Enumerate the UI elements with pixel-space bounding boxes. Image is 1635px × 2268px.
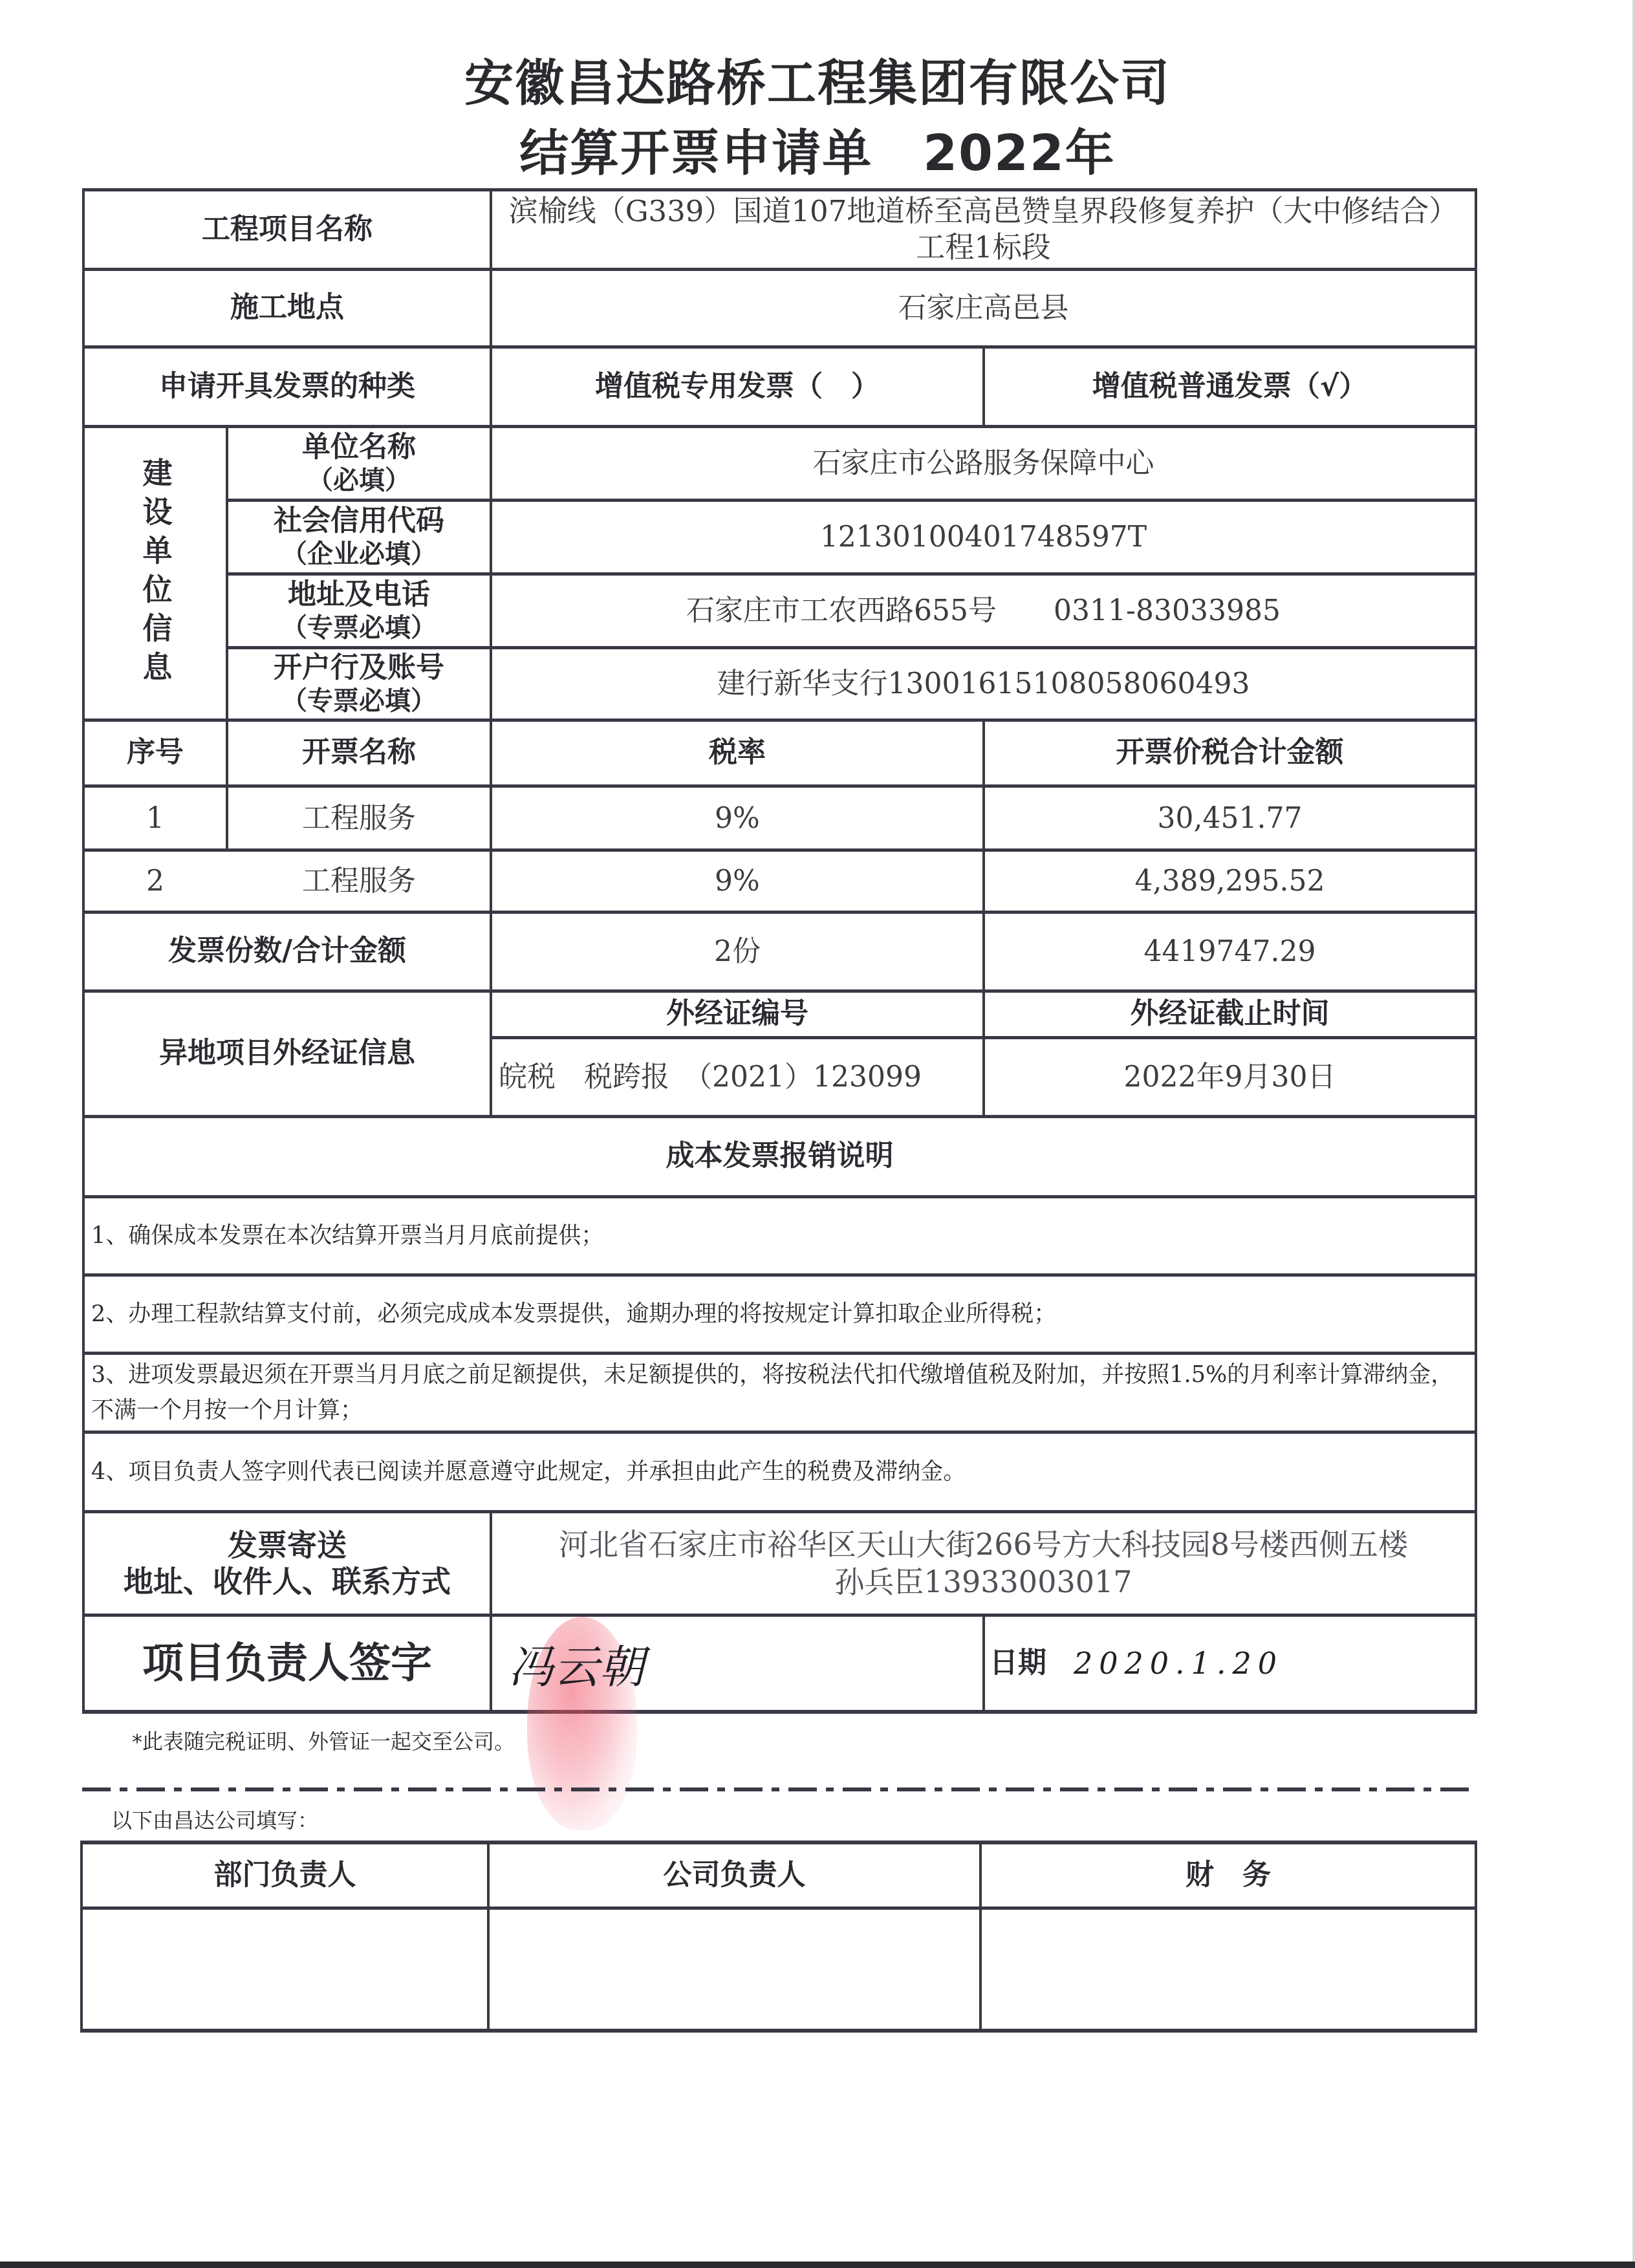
scan-edge [0, 2262, 1635, 2268]
special-vat-invoice-option[interactable]: 增值税专用发票（ ） [492, 349, 982, 425]
item-row-1-rate: 9% [492, 788, 982, 848]
date-field[interactable]: 2020.1.20 [1074, 1617, 1397, 1710]
project-name-label: 工程项目名称 [85, 191, 490, 268]
col-header-company-head: 公司负责人 [490, 1844, 979, 1906]
signature-field[interactable]: 冯云朝 [492, 1617, 660, 1710]
col-line [1475, 1841, 1477, 2033]
permit-number-header: 外经证编号 [492, 993, 982, 1036]
footnote: *此表随完税证明、外管证一起交至公司。 [132, 1725, 515, 1755]
project-name-value: 滨榆线（G339）国道107地道桥至高邑赞皇界段修复养护（大中修结合）工程1标段 [492, 191, 1475, 268]
item-row-2-rate: 9% [492, 852, 982, 911]
delivery-label: 发票寄送 地址、收件人、联系方式 [85, 1513, 490, 1614]
field-label: 单位名称 [302, 431, 416, 465]
col-line [982, 1614, 985, 1711]
col-header-invoice-name: 开票名称 [228, 722, 490, 784]
field-requirement: （必填） [307, 465, 411, 496]
notes-title: 成本发票报销说明 [85, 1118, 1475, 1195]
site-label: 施工地点 [85, 271, 490, 345]
permit-number-value: 皖税 税跨报 （2021）123099 [492, 1039, 982, 1115]
note-item-1: 1、确保成本发票在本次结算开票当月月底前提供； [85, 1198, 1475, 1273]
bank-account-label: 开户行及账号 （专票必填） [228, 649, 490, 718]
dept-head-signature-field[interactable] [83, 1910, 487, 2029]
col-header-seq: 序号 [85, 722, 226, 784]
field-label: 地址及电话 [288, 578, 430, 612]
row-line [80, 2029, 1477, 2033]
ordinary-vat-invoice-option[interactable]: 增值税普通发票（√） [985, 349, 1475, 425]
field-label: 社会信用代码 [274, 504, 444, 539]
credit-code-value: 12130100401748597T [492, 502, 1475, 572]
delivery-address: 河北省石家庄市裕华区天山大街266号方大科技园8号楼西侧五楼 [559, 1526, 1408, 1564]
totals-label: 发票份数/合计金额 [85, 914, 490, 989]
address-phone-label: 地址及电话 （专票必填） [228, 576, 490, 646]
item-row-2-name: 工程服务 [228, 852, 490, 911]
col-header-tax-rate: 税率 [492, 722, 982, 784]
col-header-amount: 开票价税合计金额 [985, 722, 1475, 784]
permit-deadline-header: 外经证截止时间 [985, 993, 1475, 1036]
finance-signature-field[interactable] [982, 1910, 1475, 2029]
scan-edge [1632, 0, 1635, 2268]
builder-name-label: 单位名称 （必填） [228, 428, 490, 499]
cut-line-separator [82, 1787, 1477, 1791]
bank-account-value: 建行新华支行13001615108058060493 [492, 649, 1475, 718]
invoice-count: 2份 [492, 914, 982, 989]
company-section-intro: 以下由昌达公司填写： [111, 1804, 318, 1834]
field-requirement: （专票必填） [281, 612, 437, 643]
permit-info-label: 异地项目外经证信息 [85, 993, 490, 1115]
project-lead-signature-label: 项目负责人签字 [85, 1617, 490, 1710]
item-row-2-amount: 4,389,295.52 [985, 852, 1475, 911]
item-row-1-amount: 30,451.77 [985, 788, 1475, 848]
credit-code-label: 社会信用代码 （企业必填） [228, 502, 490, 572]
field-label: 开户行及账号 [274, 651, 444, 686]
delivery-recipient: 孙兵臣13933003017 [835, 1564, 1132, 1601]
item-row-1-name: 工程服务 [228, 788, 490, 848]
date-label: 日期 [990, 1617, 1067, 1710]
permit-deadline-value: 2022年9月30日 [985, 1039, 1475, 1115]
builder-info-group-label: 建设单位信息 [85, 428, 226, 718]
note-item-4: 4、项目负责人签字则代表已阅读并愿意遵守此规定，并承担由此产生的税费及滞纳金。 [85, 1434, 1475, 1510]
builder-name-value: 石家庄市公路服务保障中心 [492, 428, 1475, 499]
item-row-2-no: 2 [85, 852, 226, 911]
delivery-label-line2: 地址、收件人、联系方式 [124, 1564, 451, 1599]
delivery-value: 河北省石家庄市裕华区天山大街266号方大科技园8号楼西侧五楼 孙兵臣139330… [492, 1513, 1475, 1614]
invoice-type-label: 申请开具发票的种类 [85, 349, 490, 425]
table-border-right [1475, 188, 1477, 1713]
item-row-1-no: 1 [85, 788, 226, 848]
company-title: 安徽昌达路桥工程集团有限公司 [0, 44, 1635, 114]
note-item-3: 3、进项发票最迟须在开票当月月底之前足额提供，未足额提供的，将按税法代扣代缴增值… [85, 1355, 1475, 1431]
field-requirement: （企业必填） [281, 539, 437, 570]
col-header-dept-head: 部门负责人 [83, 1844, 487, 1906]
company-head-signature-field[interactable] [490, 1910, 979, 2029]
field-requirement: （专票必填） [281, 686, 437, 717]
delivery-label-line1: 发票寄送 [228, 1528, 347, 1563]
total-amount: 4419747.29 [985, 914, 1475, 989]
row-line [82, 1710, 1477, 1714]
site-value: 石家庄高邑县 [492, 271, 1475, 345]
note-item-2: 2、办理工程款结算支付前，必须完成成本发票提供，逾期办理的将按规定计算扣取企业所… [85, 1277, 1475, 1352]
form-title: 结算开票申请单 2022年 [0, 114, 1635, 184]
address-phone-value: 石家庄市工农西路655号 0311-83033985 [492, 576, 1475, 646]
col-header-finance: 财 务 [982, 1844, 1475, 1906]
